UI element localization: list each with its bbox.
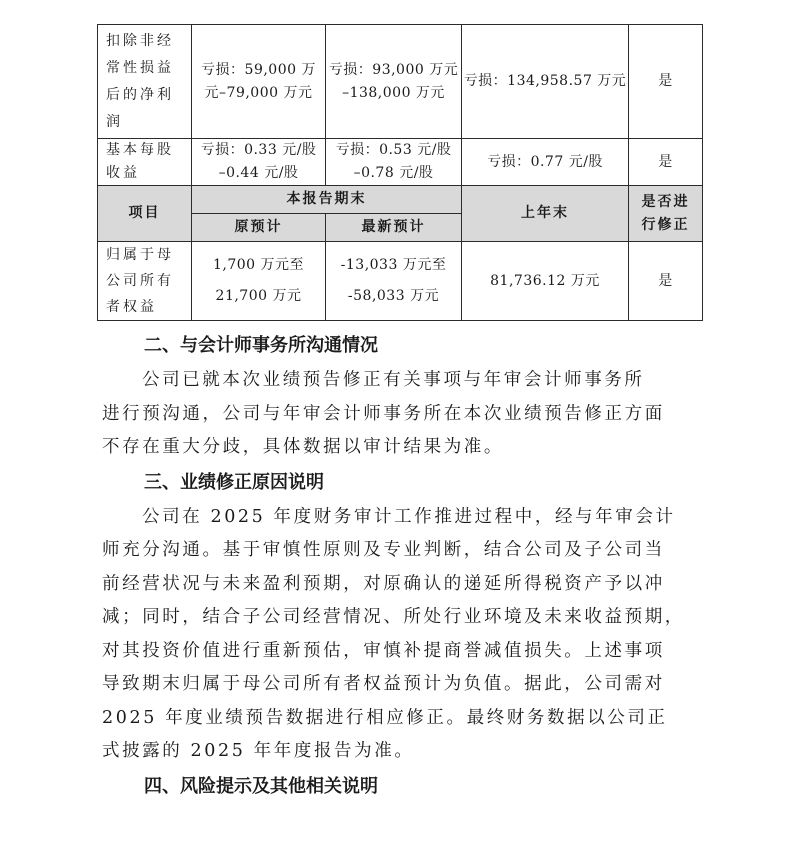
header-prior-year: 上年末: [462, 186, 629, 242]
cell-line: 元–79,000 万元: [192, 82, 325, 105]
cell-line: –138,000 万元: [326, 82, 461, 105]
cell-line: 21,700 万元: [192, 281, 325, 312]
cell-line: –0.78 元/股: [326, 162, 461, 185]
original-forecast-cell: 1,700 万元至 21,700 万元: [192, 242, 326, 321]
revised-flag-cell: 是: [629, 242, 703, 321]
section-risk-notice: 四、风险提示及其他相关说明: [102, 769, 706, 805]
section-heading: 三、业绩修正原因说明: [102, 465, 706, 501]
cell-line: 亏损：93,000 万元: [326, 59, 461, 82]
cell-line: 亏损：59,000 万: [192, 59, 325, 82]
section-heading: 四、风险提示及其他相关说明: [102, 769, 706, 805]
row-label: 基本每股 收益: [98, 139, 192, 186]
label-line: 者权益: [106, 294, 191, 320]
text-line: 公司在 2025 年度财务审计工作推进过程中，经与年审会计: [102, 501, 706, 535]
table-header-row: 项目 本报告期末 上年末 是否进 行修正: [98, 186, 703, 214]
latest-forecast-cell: 亏损：93,000 万元 –138,000 万元: [326, 25, 462, 139]
cell-line: 亏损：0.33 元/股: [192, 139, 325, 162]
text-line: 导致期末归属于母公司所有者权益预计为负值。据此，公司需对: [102, 668, 706, 702]
text-line: 减；同时，结合子公司经营情况、所处行业环境及未来收益预期，: [102, 601, 706, 635]
header-latest: 最新预计: [326, 214, 462, 242]
table-row-equity: 归属于母 公司所有 者权益 1,700 万元至 21,700 万元 -13,03…: [98, 242, 703, 321]
prior-year-cell: 81,736.12 万元: [462, 242, 629, 321]
section-revision-reasons: 三、业绩修正原因说明 公司在 2025 年度财务审计工作推进过程中，经与年审会计…: [102, 465, 706, 769]
table-row-deducted-net-profit: 扣除非经 常性损益 后的净利 润 亏损：59,000 万 元–79,000 万元…: [98, 25, 703, 139]
label-line: 润: [106, 109, 191, 136]
label-line: 扣除非经: [106, 28, 191, 55]
row-label: 归属于母 公司所有 者权益: [98, 242, 192, 321]
header-line: 是否进: [629, 191, 702, 214]
header-item: 项目: [98, 186, 192, 242]
cell-line: –0.44 元/股: [192, 162, 325, 185]
cell-line: -58,033 万元: [326, 281, 461, 312]
original-forecast-cell: 亏损：0.33 元/股 –0.44 元/股: [192, 139, 326, 186]
text-line: 式披露的 2025 年年度报告为准。: [102, 735, 706, 769]
label-line: 基本每股: [106, 139, 191, 162]
header-revised: 是否进 行修正: [629, 186, 703, 242]
section-auditor-communication: 二、与会计师事务所沟通情况 公司已就本次业绩预告修正有关事项与年审会计师事务所 …: [102, 328, 706, 465]
text-line: 公司已就本次业绩预告修正有关事项与年审会计师事务所: [102, 364, 706, 398]
text-line: 进行预沟通，公司与年审会计师事务所在本次业绩预告修正方面: [102, 398, 706, 432]
section-heading: 二、与会计师事务所沟通情况: [102, 328, 706, 364]
revised-flag-cell: 是: [629, 25, 703, 139]
text-line: 不存在重大分歧，具体数据以审计结果为准。: [102, 431, 706, 465]
latest-forecast-cell: 亏损：0.53 元/股 –0.78 元/股: [326, 139, 462, 186]
cell-line: 1,700 万元至: [192, 250, 325, 281]
label-line: 常性损益: [106, 55, 191, 82]
paragraph: 公司在 2025 年度财务审计工作推进过程中，经与年审会计 师充分沟通。基于审慎…: [102, 501, 706, 769]
latest-forecast-cell: -13,033 万元至 -58,033 万元: [326, 242, 462, 321]
header-original: 原预计: [192, 214, 326, 242]
original-forecast-cell: 亏损：59,000 万 元–79,000 万元: [192, 25, 326, 139]
label-line: 公司所有: [106, 268, 191, 294]
document-body: 二、与会计师事务所沟通情况 公司已就本次业绩预告修正有关事项与年审会计师事务所 …: [102, 328, 706, 805]
prior-year-cell: 亏损：0.77 元/股: [462, 139, 629, 186]
label-line: 收益: [106, 162, 191, 185]
header-period: 本报告期末: [192, 186, 462, 214]
paragraph: 公司已就本次业绩预告修正有关事项与年审会计师事务所 进行预沟通，公司与年审会计师…: [102, 364, 706, 465]
revised-flag-cell: 是: [629, 139, 703, 186]
text-line: 前经营状况与未来盈利预期，对原确认的递延所得税资产予以冲: [102, 568, 706, 602]
cell-line: 亏损：0.53 元/股: [326, 139, 461, 162]
label-line: 后的净利: [106, 82, 191, 109]
row-label: 扣除非经 常性损益 后的净利 润: [98, 25, 192, 139]
cell-line: -13,033 万元至: [326, 250, 461, 281]
text-line: 对其投资价值进行重新预估，审慎补提商誉减值损失。上述事项: [102, 635, 706, 669]
header-line: 行修正: [629, 214, 702, 237]
table-row-basic-eps: 基本每股 收益 亏损：0.33 元/股 –0.44 元/股 亏损：0.53 元/…: [98, 139, 703, 186]
text-line: 师充分沟通。基于审慎性原则及专业判断，结合公司及子公司当: [102, 534, 706, 568]
text-line: 2025 年度业绩预告数据进行相应修正。最终财务数据以公司正: [102, 702, 706, 736]
label-line: 归属于母: [106, 242, 191, 268]
forecast-revision-table: 扣除非经 常性损益 后的净利 润 亏损：59,000 万 元–79,000 万元…: [97, 24, 703, 321]
prior-year-cell: 亏损：134,958.57 万元: [462, 25, 629, 139]
